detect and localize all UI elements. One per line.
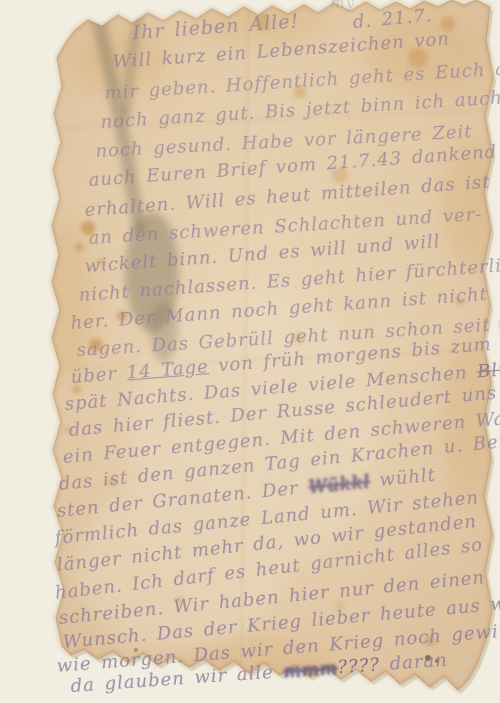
handwriting-text: Ihr lieben Alle! <box>132 10 300 44</box>
handwriting-text: daran <box>379 650 448 676</box>
scanned-letter-photo: myIhr lieben Alle!d. 21.7.Will kurz ein … <box>0 0 500 703</box>
handwriting-underline-segment: 14 Tage <box>126 356 210 383</box>
letter-greeting: Ihr lieben Alle! <box>132 10 300 44</box>
handwriting-text: d. 21.7. <box>352 5 433 33</box>
torn-top-fragment: my <box>330 0 355 12</box>
handwriting-text: my <box>330 0 355 12</box>
handwriting-text: wühlt <box>369 465 437 492</box>
handwriting-dark-segment: ???? <box>337 654 381 678</box>
handwriting-scribble-segment: Wükkl <box>307 471 371 498</box>
handwriting-strike-segment: Blut <box>476 358 500 382</box>
handwriting-text: über <box>70 363 128 388</box>
handwriting-scribble-segment: mmm <box>283 657 339 682</box>
letter-date: d. 21.7. <box>352 5 433 33</box>
handwriting-layer: myIhr lieben Alle!d. 21.7.Will kurz ein … <box>0 0 500 703</box>
